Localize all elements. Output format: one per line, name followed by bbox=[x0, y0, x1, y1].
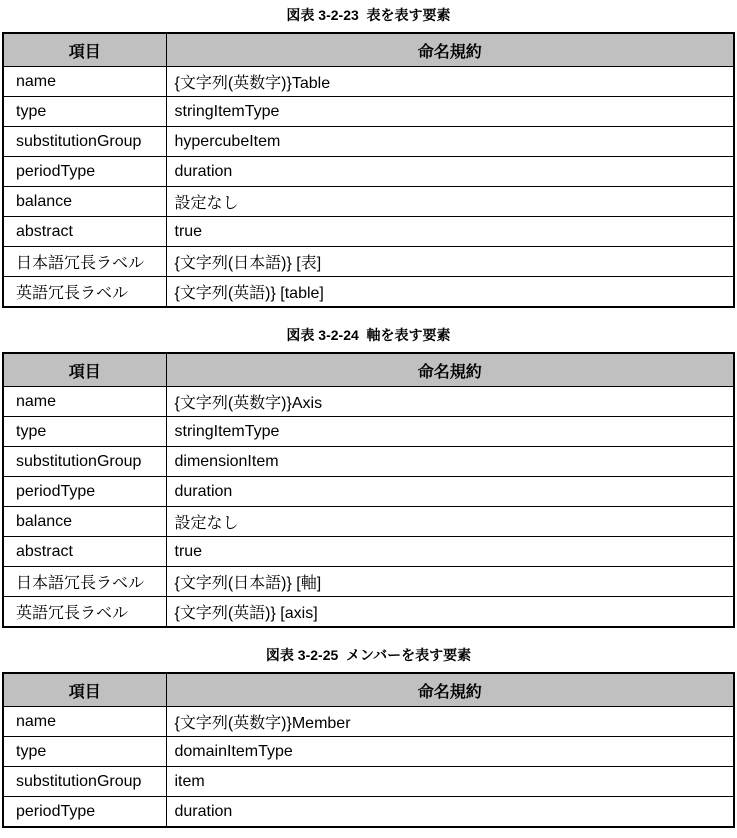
value-cell: 設定なし bbox=[166, 187, 734, 217]
document-page: 図表 3-2-23 表を表す要素 項目 命名規約 name {文字列(英数字)}… bbox=[0, 0, 737, 838]
item-cell: 英語冗長ラベル bbox=[3, 277, 166, 308]
value-cell: {文字列(日本語)} [軸] bbox=[166, 567, 734, 597]
table-row: substitutionGroup item bbox=[3, 767, 734, 797]
value-cell: {文字列(英数字)}Member bbox=[166, 707, 734, 737]
item-cell: abstract bbox=[3, 537, 166, 567]
value-cell: true bbox=[166, 537, 734, 567]
table-row: substitutionGroup hypercubeItem bbox=[3, 127, 734, 157]
item-cell: substitutionGroup bbox=[3, 767, 166, 797]
table-row: 英語冗長ラベル {文字列(英語)} [table] bbox=[3, 277, 734, 308]
column-header-convention: 命名規約 bbox=[166, 673, 734, 707]
table-row: 英語冗長ラベル {文字列(英語)} [axis] bbox=[3, 597, 734, 628]
table-row: 日本語冗長ラベル {文字列(日本語)} [軸] bbox=[3, 567, 734, 597]
value-cell: duration bbox=[166, 157, 734, 187]
value-cell: duration bbox=[166, 477, 734, 507]
column-header-item: 項目 bbox=[3, 33, 166, 67]
spec-table-member-elements: 項目 命名規約 name {文字列(英数字)}Member type domai… bbox=[2, 672, 735, 828]
item-cell: substitutionGroup bbox=[3, 447, 166, 477]
figure-title-member-elements: 図表 3-2-25 メンバーを表す要素 bbox=[0, 647, 737, 664]
table-row: name {文字列(英数字)}Table bbox=[3, 67, 734, 97]
table-row: periodType duration bbox=[3, 477, 734, 507]
column-header-item: 項目 bbox=[3, 673, 166, 707]
item-cell: name bbox=[3, 67, 166, 97]
table-row: abstract true bbox=[3, 217, 734, 247]
value-cell: item bbox=[166, 767, 734, 797]
column-header-convention: 命名規約 bbox=[166, 33, 734, 67]
item-cell: name bbox=[3, 387, 166, 417]
item-cell: 日本語冗長ラベル bbox=[3, 247, 166, 277]
table-row: name {文字列(英数字)}Axis bbox=[3, 387, 734, 417]
value-cell: {文字列(英語)} [axis] bbox=[166, 597, 734, 628]
table-header-row: 項目 命名規約 bbox=[3, 33, 734, 67]
figure-title-axis-elements: 図表 3-2-24 軸を表す要素 bbox=[0, 327, 737, 344]
column-header-item: 項目 bbox=[3, 353, 166, 387]
table-row: periodType duration bbox=[3, 797, 734, 828]
table-row: type domainItemType bbox=[3, 737, 734, 767]
item-cell: type bbox=[3, 737, 166, 767]
value-cell: {文字列(日本語)} [表] bbox=[166, 247, 734, 277]
item-cell: abstract bbox=[3, 217, 166, 247]
value-cell: {文字列(英数字)}Table bbox=[166, 67, 734, 97]
table-row: balance 設定なし bbox=[3, 507, 734, 537]
table-row: abstract true bbox=[3, 537, 734, 567]
value-cell: duration bbox=[166, 797, 734, 828]
item-cell: substitutionGroup bbox=[3, 127, 166, 157]
value-cell: domainItemType bbox=[166, 737, 734, 767]
item-cell: type bbox=[3, 417, 166, 447]
value-cell: {文字列(英数字)}Axis bbox=[166, 387, 734, 417]
item-cell: type bbox=[3, 97, 166, 127]
item-cell: 日本語冗長ラベル bbox=[3, 567, 166, 597]
item-cell: periodType bbox=[3, 157, 166, 187]
value-cell: hypercubeItem bbox=[166, 127, 734, 157]
value-cell: true bbox=[166, 217, 734, 247]
value-cell: stringItemType bbox=[166, 97, 734, 127]
item-cell: 英語冗長ラベル bbox=[3, 597, 166, 628]
column-header-convention: 命名規約 bbox=[166, 353, 734, 387]
value-cell: {文字列(英語)} [table] bbox=[166, 277, 734, 308]
table-row: substitutionGroup dimensionItem bbox=[3, 447, 734, 477]
table-row: type stringItemType bbox=[3, 97, 734, 127]
item-cell: periodType bbox=[3, 797, 166, 828]
spec-table-axis-elements: 項目 命名規約 name {文字列(英数字)}Axis type stringI… bbox=[2, 352, 735, 628]
table-row: balance 設定なし bbox=[3, 187, 734, 217]
item-cell: balance bbox=[3, 507, 166, 537]
value-cell: stringItemType bbox=[166, 417, 734, 447]
item-cell: periodType bbox=[3, 477, 166, 507]
spec-table-table-elements: 項目 命名規約 name {文字列(英数字)}Table type string… bbox=[2, 32, 735, 308]
figure-title-table-elements: 図表 3-2-23 表を表す要素 bbox=[0, 7, 737, 24]
table-row: type stringItemType bbox=[3, 417, 734, 447]
table-row: periodType duration bbox=[3, 157, 734, 187]
table-header-row: 項目 命名規約 bbox=[3, 353, 734, 387]
item-cell: balance bbox=[3, 187, 166, 217]
table-row: 日本語冗長ラベル {文字列(日本語)} [表] bbox=[3, 247, 734, 277]
item-cell: name bbox=[3, 707, 166, 737]
table-row: name {文字列(英数字)}Member bbox=[3, 707, 734, 737]
value-cell: dimensionItem bbox=[166, 447, 734, 477]
value-cell: 設定なし bbox=[166, 507, 734, 537]
table-header-row: 項目 命名規約 bbox=[3, 673, 734, 707]
